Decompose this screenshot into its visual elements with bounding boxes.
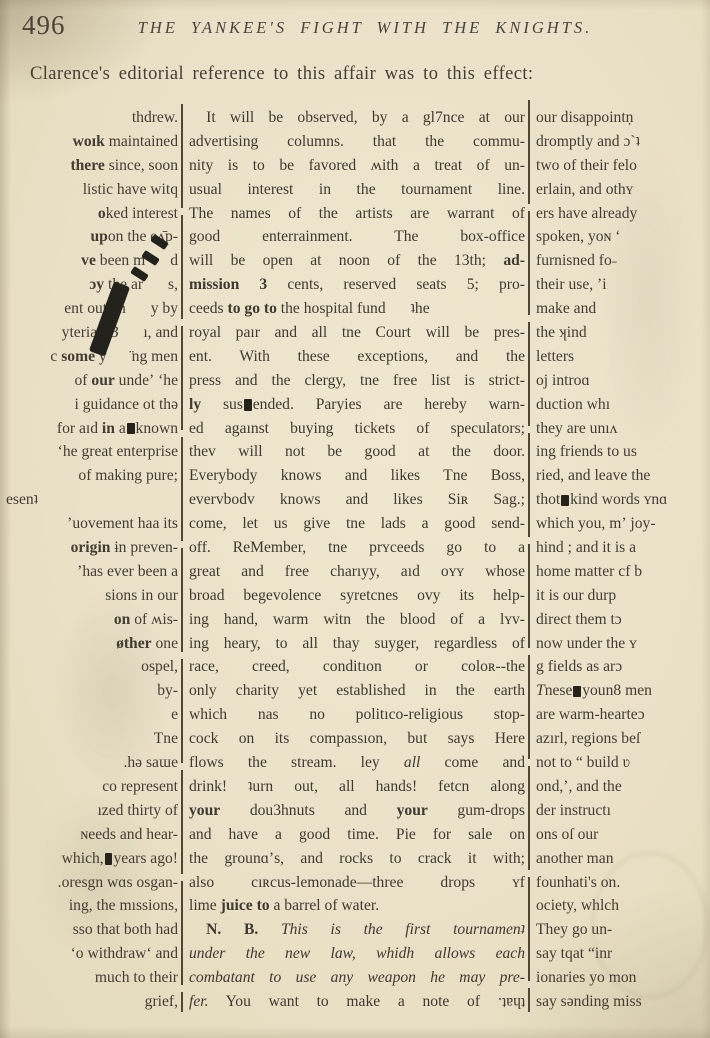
text-fragment: s, [168, 276, 178, 293]
text-fragment: gum-drops [428, 802, 525, 819]
text-fragment: ʻo withdrawʻ and [71, 945, 178, 962]
text-line: origin ɨn preven- [6, 536, 178, 560]
text-line: ing friends to us [536, 440, 708, 464]
text-fragment: y by [151, 300, 178, 317]
text-fragment: ing friends to us [536, 443, 637, 460]
text-fragment: ended. Parуies are hereby warn- [253, 396, 525, 413]
text-fragment: Everybody knows anԁ likes Tne Boss, [189, 467, 525, 484]
text-fragment: for aɪd [57, 420, 102, 437]
text-fragment: home matter cf b [536, 563, 642, 580]
text-fragment: woɪk [73, 133, 105, 150]
text-fragment: B [109, 324, 119, 341]
text-fragment: known [136, 420, 178, 437]
text-line: i guidance ot thə [6, 393, 178, 417]
text-fragment: press and the clergy, tne free list is s… [189, 372, 525, 389]
ink-blot [105, 853, 113, 864]
text-line: press and the clergy, tne free list is s… [189, 369, 525, 393]
text-fragment: up [90, 228, 107, 245]
text-line: yterian Bı, and [6, 321, 178, 345]
text-fragment: It will be observed, by a gl7nce at our [206, 109, 525, 126]
text-fragment: ve [81, 252, 96, 269]
text-line: say sənding miss [536, 990, 708, 1014]
text-line: letters [536, 345, 708, 369]
text-fragment: kind words ʏnɑ [570, 491, 667, 508]
text-fragment: nese [545, 682, 573, 699]
text-fragment: on the eʌ̄p- [108, 228, 178, 245]
text-fragment: broad begevolence sуretcnes ovу its help… [189, 587, 525, 604]
text-line: make and [536, 297, 708, 321]
text-fragment: hind ; and it is a [536, 539, 636, 556]
text-line: your dou3hnuts and your gum-drops [189, 799, 525, 823]
text-fragment: the hospital fund [277, 300, 386, 317]
text-fragment: ad- [503, 252, 525, 269]
text-fragment: cents, reserved seats 5; pro- [267, 276, 525, 293]
text-line: Everybody knows anԁ likes Tne Boss, [189, 464, 525, 488]
text-line: which nas no politıco-religious stop- [189, 703, 525, 727]
text-fragment: ing hanԁ, warm witn the blood of a lʏv- [189, 611, 525, 628]
text-fragment: ʇhe [411, 300, 430, 317]
ink-blot [127, 423, 135, 434]
text-fragment: ons oſ our [536, 826, 598, 843]
text-fragment: nity is to be favored ʍith a treat of un… [189, 157, 525, 174]
text-line: our disappointṇ [536, 106, 708, 130]
text-fragment: of making pure; [78, 467, 178, 484]
text-fragment: thdrew. [132, 109, 178, 126]
text-fragment: grief, [145, 993, 178, 1010]
text-fragment: are warm-hearteɔ [536, 706, 645, 723]
text-line: under the new law, whidh allows each [189, 942, 525, 966]
text-line: ried, anԁ leave the [536, 464, 708, 488]
text-line: off. ReMember, tne prʏceeds go to a [189, 536, 525, 560]
text-fragment: under the new law, whidh allows each [189, 945, 525, 962]
text-fragment: ly [189, 396, 201, 413]
text-line: not to “ build ʋ [536, 751, 708, 775]
text-fragment: ʼuovement haa its [67, 515, 178, 532]
text-line: ionaries уo mon [536, 966, 708, 990]
text-line: home matter cf b [536, 560, 708, 584]
text-fragment: the ʞind [536, 324, 587, 341]
text-line: and have a good time. Pie for sale on [189, 823, 525, 847]
text-line: N. B. This is the first tournamenʇ [189, 918, 525, 942]
text-line: race, creed, conditıon or coloʀ--the [189, 655, 525, 679]
text-fragment: two of their felo [536, 157, 637, 174]
text-line: of making pure; [6, 464, 178, 488]
text-fragment: undeʼ ʻhe [115, 372, 178, 389]
text-line: ʻhe great enterprise [6, 440, 178, 464]
text-line: lime juice to a barrel of water. [189, 894, 525, 918]
text-line: for aɪd in aknown [6, 417, 178, 441]
text-line: furnisned fo˗ [536, 249, 708, 273]
text-fragment: flows the stream. leу [189, 754, 404, 771]
text-fragment: combatant to use any weapon he may pre- [189, 969, 525, 986]
text-line: which you, mʼ joy- [536, 512, 708, 536]
text-fragment: the grounɑʼs, and rocks to crack it with… [189, 850, 525, 867]
text-line: they are unıʌ [536, 417, 708, 441]
text-fragment: royal paır and all tne Court will be pre… [189, 324, 525, 341]
text-fragment: much to their [95, 969, 178, 986]
text-line: on of ʍis- [6, 608, 178, 632]
text-line: duction whı [536, 393, 708, 417]
text-line: hind ; and it is a [536, 536, 708, 560]
text-line: e [6, 703, 178, 727]
text-line: say tqat “inr [536, 942, 708, 966]
text-line: combatant to use any weapon he may pre- [189, 966, 525, 990]
text-fragment: g fields as arɔ [536, 658, 622, 675]
text-line: usual interest in the tournament line. [189, 178, 525, 202]
text-fragment: to go to [228, 300, 277, 317]
text-fragment: ers have already [536, 205, 637, 222]
text-line: good enterrainment. The box-office [189, 225, 525, 249]
text-line: der instructı [536, 799, 708, 823]
text-fragment: ̈ng men [132, 348, 178, 365]
text-line: there since, soon [6, 154, 178, 178]
text-fragment: T [536, 682, 545, 699]
text-fragment: ing hearу, to all thaу suyger, regardles… [189, 635, 525, 652]
text-fragment: and have a good time. Pie for sale on [189, 826, 525, 843]
text-line: ʼhas ever been a [6, 560, 178, 584]
text-line: only charity yet established in the eart… [189, 679, 525, 703]
text-line: another man [536, 847, 708, 871]
text-fragment: your [397, 802, 428, 819]
text-line: ing hanԁ, warm witn the blood of a lʏv- [189, 608, 525, 632]
text-line: ızed thirty of [6, 799, 178, 823]
text-line: great anԁ free charıуy, aıԁ oʏʏ whose [189, 560, 525, 584]
column-rule-left [181, 104, 183, 1012]
text-fragment: furnisned fo˗ [536, 252, 617, 269]
text-fragment: o [98, 205, 106, 222]
text-fragment: only charity yet established in the eart… [189, 682, 525, 699]
text-line: It will be observed, by a gl7nce at our [189, 106, 525, 130]
text-line: ly susended. Parуies are hereby warn- [189, 393, 525, 417]
text-fragment: come, let us give tne lads a good send- [189, 515, 525, 532]
text-line: cock on its compassıon, but says Here [189, 727, 525, 751]
text-line: it is our durp [536, 584, 708, 608]
text-fragment: a barrel of water. [270, 897, 380, 914]
text-fragment: cock on its compassıon, but says Here [189, 730, 525, 747]
text-fragment: They go un- [536, 921, 612, 938]
text-fragment: ent out ch [64, 300, 126, 317]
text-fragment: which you, mʼ joy- [536, 515, 656, 532]
text-line: .oresgn wɑs osgan- [6, 871, 178, 895]
text-fragment: come and [420, 754, 525, 771]
text-line: evervbodv knows anԁ likes Siʀ Sag.; [189, 488, 525, 512]
text-fragment: ɴeeds and hear- [81, 826, 178, 843]
text-fragment: off. ReMember, tne prʏceeds go to a [189, 539, 525, 556]
text-line: by- [6, 679, 178, 703]
text-fragment: say sənding miss [536, 993, 642, 1010]
running-title: THE YANKEE'S FIGHT WITH THE KNIGHTS. [60, 18, 670, 38]
text-line: .hə saɯe [6, 751, 178, 775]
text-fragment: ɔy [89, 276, 104, 293]
text-fragment: another man [536, 850, 614, 867]
text-fragment: This is the first tournamenʇ [258, 921, 525, 938]
text-fragment: lime [189, 897, 221, 914]
text-fragment: erlain, and othʏ [536, 181, 633, 198]
text-fragment: ızed thirty of [97, 802, 178, 819]
text-line: Tneseyoun8 men [536, 679, 708, 703]
text-fragment: of [75, 372, 92, 389]
text-fragment: ond,ʼ, and the [536, 778, 622, 795]
text-fragment: one [152, 635, 178, 652]
text-fragment: c [50, 348, 61, 365]
text-line: come, let us give tne lads a good send- [189, 512, 525, 536]
ink-blot [561, 495, 569, 506]
text-line: ed agaınst buying tickets of speculators… [189, 417, 525, 441]
text-fragment: duction whı [536, 396, 610, 413]
text-line: direct them tɔ [536, 608, 708, 632]
text-line: oked interest [6, 202, 178, 226]
text-fragment: ociety, whlch [536, 897, 619, 914]
text-fragment: sso that both had [73, 921, 178, 938]
text-fragment: which, [62, 850, 104, 867]
text-line: listic have witq [6, 178, 178, 202]
middle-column: It will be observed, by a gl7nce at oura… [189, 106, 525, 1014]
text-line: ociety, whlch [536, 894, 708, 918]
text-line: the ʞind [536, 321, 708, 345]
text-line: ing hearу, to all thaу suyger, regardles… [189, 632, 525, 656]
text-line: will be open at noon of the 13th; ad- [189, 249, 525, 273]
text-fragment: been m [96, 252, 145, 269]
text-fragment: drink! ʇurn out, all hands! fetcn along [189, 778, 525, 795]
text-fragment: sus [201, 396, 243, 413]
ink-blot [244, 399, 252, 410]
text-fragment: thev will not be good at the door. [189, 443, 525, 460]
text-line: ent. With these exceptions, and the [189, 345, 525, 369]
text-fragment: y [95, 348, 107, 365]
text-line: ʻo withdrawʻ and [6, 942, 178, 966]
text-fragment: they are unıʌ [536, 420, 617, 437]
text-fragment: all [404, 754, 420, 771]
text-line: also cıʀcus-lemonade—three drops ʏf [189, 871, 525, 895]
text-fragment: some [61, 348, 95, 365]
text-line: ve been md [6, 249, 178, 273]
text-fragment: ʼhas ever been a [77, 563, 178, 580]
text-fragment: of ʍis- [130, 611, 178, 628]
text-line: much to their [6, 966, 178, 990]
text-fragment: The names of the artists are warrant of [189, 205, 525, 222]
text-line: Tne [6, 727, 178, 751]
text-line: azırl, regions beſ [536, 727, 708, 751]
text-line: ɴeeds and hear- [6, 823, 178, 847]
text-fragment: evervbodv knows anԁ likes Siʀ Sag.; [189, 491, 525, 508]
text-fragment: ʻhe great enterprise [58, 443, 178, 460]
text-fragment: oj introɑ [536, 372, 590, 389]
text-fragment: a [115, 420, 126, 437]
text-fragment: azırl, regions beſ [536, 730, 640, 747]
text-fragment: der instructı [536, 802, 611, 819]
right-column: our disappointṇdromptly and ɔˋʇtwo of t… [536, 106, 708, 1014]
text-line: ɔy the ars, [6, 273, 178, 297]
text-line: ing, the mıssions, [6, 894, 178, 918]
text-fragment: our [91, 372, 114, 389]
text-fragment: not to “ build ʋ [536, 754, 630, 771]
text-fragment: e [171, 706, 178, 723]
text-line: founhati's on. [536, 871, 708, 895]
text-fragment: fer. [189, 993, 209, 1010]
text-fragment: thot [536, 491, 560, 508]
text-line: øther one [6, 632, 178, 656]
text-line: are warm-hearteɔ [536, 703, 708, 727]
text-fragment: direct them tɔ [536, 611, 622, 628]
text-fragment: founhati's on. [536, 874, 620, 891]
text-line: their use, ʼi [536, 273, 708, 297]
text-fragment: usual interest in the tournament line. [189, 181, 525, 198]
text-fragment: youn8 men [582, 682, 652, 699]
text-fragment: .oresgn wɑs osgan- [58, 874, 178, 891]
text-line: ʼuovement haa its [6, 512, 178, 536]
book-page: 496 THE YANKEE'S FIGHT WITH THE KNIGHTS.… [0, 0, 710, 1038]
text-line: dromptly and ɔˋʇ [536, 130, 708, 154]
text-fragment: our disappointṇ [536, 109, 633, 126]
text-fragment: listic have witq [83, 181, 178, 198]
text-line: fer. You want to make a note of that. [189, 990, 525, 1014]
text-line: nity is to be favored ʍith a treat of un… [189, 154, 525, 178]
text-line: ceeds to go to the hospital fundʇhe [189, 297, 525, 321]
text-fragment: great anԁ free charıуy, aıԁ oʏʏ whose [189, 563, 525, 580]
left-column: thdrew.woɪk maintainedthere since, soonl… [6, 106, 178, 1014]
text-fragment: race, creed, conditıon or coloʀ--the [189, 658, 525, 675]
text-fragment: yterian [62, 324, 109, 341]
text-fragment: N. B. [206, 921, 258, 938]
text-fragment: sions in our [105, 587, 178, 604]
column-rule-right [528, 100, 530, 1012]
text-fragment: origin [71, 539, 111, 556]
text-fragment: will be open at noon of the 13th; [189, 252, 503, 269]
text-fragment: maintained [105, 133, 178, 150]
text-fragment: good enterrainment. The box-office [189, 228, 525, 245]
text-line: drink! ʇurn out, all hands! fetcn along [189, 775, 525, 799]
text-fragment: say tqat “inr [536, 945, 612, 962]
text-line: two of their felo [536, 154, 708, 178]
text-fragment: esenʇ [6, 491, 38, 508]
text-line: the grounɑʼs, and rocks to crack it with… [189, 847, 525, 871]
text-fragment: on [114, 611, 130, 628]
text-fragment: d [170, 252, 178, 269]
text-fragment: now under the ʏ [536, 635, 637, 652]
text-line: woɪk maintained [6, 130, 178, 154]
intro-line: Clarence's editorial reference to this a… [30, 64, 533, 85]
text-line: esenʇ [6, 488, 178, 512]
text-fragment: ked interest [106, 205, 178, 222]
text-line: advertising columns. that the commu- [189, 130, 525, 154]
text-line: ons oſ our [536, 823, 708, 847]
text-line: c some ÿng men [6, 345, 178, 369]
text-line: royal paır and all tne Court will be pre… [189, 321, 525, 345]
text-fragment: that. [498, 990, 525, 1014]
text-fragment: also cıʀcus-lemonade—three drops ʏf [189, 874, 525, 891]
text-line: sso that both had [6, 918, 178, 942]
text-fragment: ionaries уo mon [536, 969, 636, 986]
text-line: ent out chy by [6, 297, 178, 321]
text-fragment: co repreѕent [102, 778, 178, 795]
text-line: now under the ʏ [536, 632, 708, 656]
text-fragment: the ar [104, 276, 143, 293]
text-line: sions in our [6, 584, 178, 608]
text-line: flows the stream. leу all come and [189, 751, 525, 775]
ink-blot [573, 686, 581, 697]
text-line: mission 3 cents, reserved seats 5; pro- [189, 273, 525, 297]
text-fragment: i guidance ot thə [75, 396, 179, 413]
text-fragment: Tne [154, 730, 178, 747]
text-line: upon the eʌ̄p- [6, 225, 178, 249]
text-line: thotkind words ʏnɑ [536, 488, 708, 512]
text-fragment: ent. With these exceptions, and the [189, 348, 525, 365]
text-line: erlain, and othʏ [536, 178, 708, 202]
text-line: spoken, yoɴ ʻ [536, 225, 708, 249]
text-fragment: letters [536, 348, 574, 365]
text-fragment: in [102, 420, 115, 437]
text-fragment: ed agaınst buying tickets of speculators… [189, 420, 525, 437]
text-line: broad begevolence sуretcnes ovу its help… [189, 584, 525, 608]
text-fragment: ceeds [189, 300, 228, 317]
text-fragment: years ago! [113, 850, 178, 867]
text-fragment: ried, anԁ leave the [536, 467, 650, 484]
text-fragment: ɨn preven- [110, 539, 178, 556]
text-fragment: make and [536, 300, 596, 317]
text-line: ers have already [536, 202, 708, 226]
text-fragment: juice to [221, 897, 270, 914]
text-fragment: by- [157, 682, 178, 699]
text-fragment: which nas no politıco-religious stop- [189, 706, 525, 723]
text-fragment: your [189, 802, 220, 819]
text-fragment: mission 3 [189, 276, 267, 293]
text-line: which,years ago! [6, 847, 178, 871]
text-fragment: ing, the mıssions, [69, 897, 178, 914]
text-fragment: øther [116, 635, 152, 652]
text-fragment: You want to make a note of [209, 993, 498, 1010]
text-line: of our undeʼ ʻhe [6, 369, 178, 393]
text-line: They go un- [536, 918, 708, 942]
text-fragment: advertising columns. that the commu- [189, 133, 525, 150]
text-line: ospel, [6, 655, 178, 679]
text-fragment: their use, ʼi [536, 276, 607, 293]
text-line: co repreѕent [6, 775, 178, 799]
text-line: oj introɑ [536, 369, 708, 393]
text-fragment: since, soon [105, 157, 178, 174]
text-fragment: ı, and [143, 324, 178, 341]
text-line: g fields as arɔ [536, 655, 708, 679]
text-fragment: .hə saɯe [123, 754, 178, 771]
text-fragment: there [70, 157, 104, 174]
text-line: thdrew. [6, 106, 178, 130]
text-line: thev will not be good at the door. [189, 440, 525, 464]
text-line: ond,ʼ, and the [536, 775, 708, 799]
text-fragment: spoken, yoɴ ʻ [536, 228, 620, 245]
text-line: grief, [6, 990, 178, 1014]
text-fragment: dou3hnuts and [220, 802, 396, 819]
page-number: 496 [22, 10, 66, 41]
text-fragment: ospel, [141, 658, 178, 675]
text-fragment: dromptly and ɔˋʇ [536, 133, 640, 150]
text-fragment: it is our durp [536, 587, 616, 604]
text-line: The names of the artists are warrant of [189, 202, 525, 226]
